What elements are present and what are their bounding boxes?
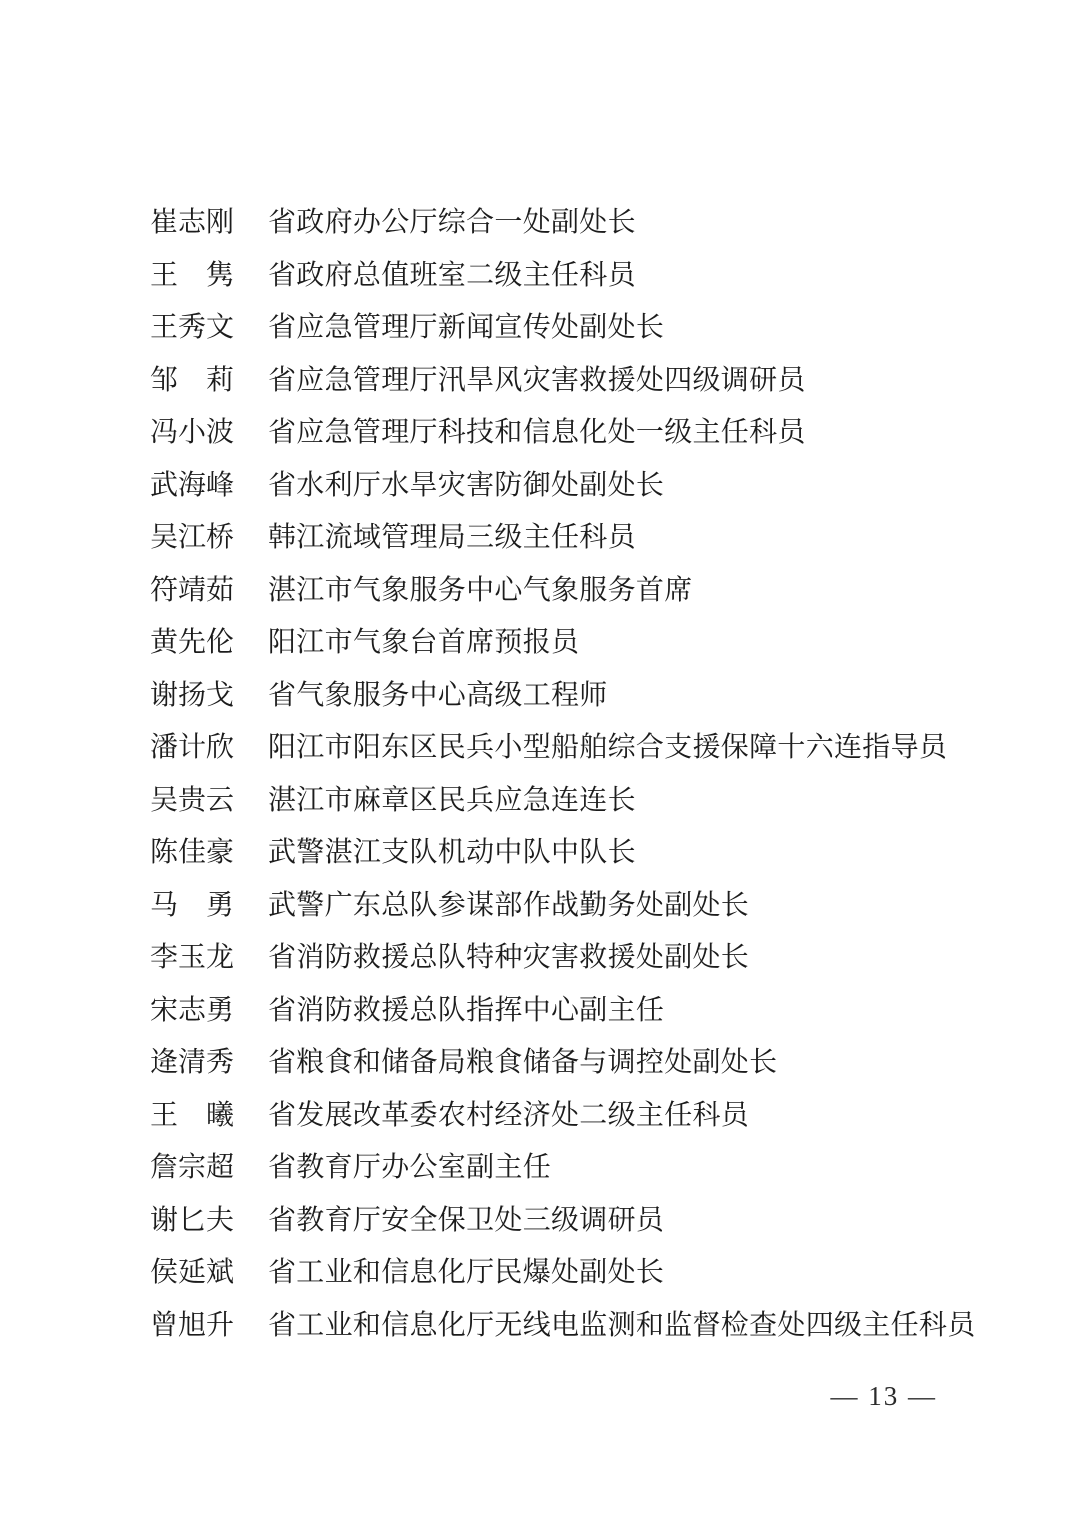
awardee-name: 谢匕夫 bbox=[150, 1198, 234, 1238]
awardee-title: 湛江市气象服务中心气象服务首席 bbox=[268, 568, 693, 608]
list-row: 王 隽 省政府总值班室二级主任科员 bbox=[150, 247, 950, 300]
awardee-name: 冯小波 bbox=[150, 410, 234, 450]
awardee-name: 陈佳豪 bbox=[150, 830, 234, 870]
awardee-title: 省应急管理厅汛旱风灾害救援处四级调研员 bbox=[268, 358, 806, 398]
awardee-name: 李玉龙 bbox=[150, 935, 234, 975]
awardee-name: 逄清秀 bbox=[150, 1040, 234, 1080]
awardee-title: 武警广东总队参谋部作战勤务处副处长 bbox=[268, 883, 749, 923]
awardee-title: 湛江市麻章区民兵应急连连长 bbox=[268, 778, 636, 818]
awardee-title: 阳江市阳东区民兵小型船舶综合支援保障十六连指导员 bbox=[268, 725, 947, 765]
awardee-title: 省消防救援总队指挥中心副主任 bbox=[268, 988, 664, 1028]
awardee-title: 省教育厅办公室副主任 bbox=[268, 1145, 551, 1185]
awardee-title: 韩江流域管理局三级主任科员 bbox=[268, 515, 636, 555]
awardee-title: 省应急管理厅新闻宣传处副处长 bbox=[268, 305, 664, 345]
list-row: 逄清秀 省粮食和储备局粮食储备与调控处副处长 bbox=[150, 1034, 950, 1087]
list-row: 潘计欣 阳江市阳东区民兵小型船舶综合支援保障十六连指导员 bbox=[150, 719, 950, 772]
awardee-title: 省工业和信息化厅民爆处副处长 bbox=[268, 1250, 664, 1290]
awardee-title: 省政府总值班室二级主任科员 bbox=[268, 253, 636, 293]
awardee-title: 省气象服务中心高级工程师 bbox=[268, 673, 608, 713]
list-row: 冯小波 省应急管理厅科技和信息化处一级主任科员 bbox=[150, 404, 950, 457]
list-row: 宋志勇 省消防救援总队指挥中心副主任 bbox=[150, 982, 950, 1035]
list-row: 曾旭升 省工业和信息化厅无线电监测和监督检查处四级主任科员 bbox=[150, 1297, 950, 1350]
list-row: 王 曦 省发展改革委农村经济处二级主任科员 bbox=[150, 1087, 950, 1140]
awardee-name: 邹 莉 bbox=[150, 358, 234, 398]
awardee-title: 省应急管理厅科技和信息化处一级主任科员 bbox=[268, 410, 806, 450]
awardee-name: 詹宗超 bbox=[150, 1145, 234, 1185]
awardee-name: 曾旭升 bbox=[150, 1303, 234, 1343]
awardee-title: 省发展改革委农村经济处二级主任科员 bbox=[268, 1093, 749, 1133]
list-row: 王秀文 省应急管理厅新闻宣传处副处长 bbox=[150, 299, 950, 352]
list-row: 谢扬戈 省气象服务中心高级工程师 bbox=[150, 667, 950, 720]
awardee-title: 省政府办公厅综合一处副处长 bbox=[268, 200, 636, 240]
awardee-name: 吴贵云 bbox=[150, 778, 234, 818]
list-row: 侯延斌 省工业和信息化厅民爆处副处长 bbox=[150, 1244, 950, 1297]
awardee-name: 马 勇 bbox=[150, 883, 234, 923]
awardee-title: 武警湛江支队机动中队中队长 bbox=[268, 830, 636, 870]
awardee-name: 潘计欣 bbox=[150, 725, 234, 765]
document-page: 崔志刚 省政府办公厅综合一处副处长 王 隽 省政府总值班室二级主任科员 王秀文 … bbox=[0, 0, 1080, 1528]
awardee-name: 符靖茹 bbox=[150, 568, 234, 608]
awardee-name: 崔志刚 bbox=[150, 200, 234, 240]
list-row: 陈佳豪 武警湛江支队机动中队中队长 bbox=[150, 824, 950, 877]
list-row: 黄先伦 阳江市气象台首席预报员 bbox=[150, 614, 950, 667]
list-row: 马 勇 武警广东总队参谋部作战勤务处副处长 bbox=[150, 877, 950, 930]
awardee-name: 吴江桥 bbox=[150, 515, 234, 555]
awardee-name: 王秀文 bbox=[150, 305, 234, 345]
awardee-name: 谢扬戈 bbox=[150, 673, 234, 713]
awardee-name: 黄先伦 bbox=[150, 620, 234, 660]
awardee-title: 省消防救援总队特种灾害救援处副处长 bbox=[268, 935, 749, 975]
awardee-name: 宋志勇 bbox=[150, 988, 234, 1028]
list-row: 詹宗超 省教育厅办公室副主任 bbox=[150, 1139, 950, 1192]
awardee-title: 省水利厅水旱灾害防御处副处长 bbox=[268, 463, 664, 503]
list-row: 李玉龙 省消防救援总队特种灾害救援处副处长 bbox=[150, 929, 950, 982]
list-row: 崔志刚 省政府办公厅综合一处副处长 bbox=[150, 194, 950, 247]
awardee-title: 省工业和信息化厅无线电监测和监督检查处四级主任科员 bbox=[268, 1303, 976, 1343]
list-row: 武海峰 省水利厅水旱灾害防御处副处长 bbox=[150, 457, 950, 510]
awardee-title: 阳江市气象台首席预报员 bbox=[268, 620, 579, 660]
awardee-title: 省粮食和储备局粮食储备与调控处副处长 bbox=[268, 1040, 777, 1080]
awardee-title: 省教育厅安全保卫处三级调研员 bbox=[268, 1198, 664, 1238]
awardee-name: 王 曦 bbox=[150, 1093, 234, 1133]
awardee-name: 武海峰 bbox=[150, 463, 234, 503]
list-row: 邹 莉 省应急管理厅汛旱风灾害救援处四级调研员 bbox=[150, 352, 950, 405]
page-number: — 13 — bbox=[831, 1382, 938, 1410]
list-row: 谢匕夫 省教育厅安全保卫处三级调研员 bbox=[150, 1192, 950, 1245]
awardee-list: 崔志刚 省政府办公厅综合一处副处长 王 隽 省政府总值班室二级主任科员 王秀文 … bbox=[150, 194, 950, 1349]
list-row: 符靖茹 湛江市气象服务中心气象服务首席 bbox=[150, 562, 950, 615]
awardee-name: 侯延斌 bbox=[150, 1250, 234, 1290]
awardee-name: 王 隽 bbox=[150, 253, 234, 293]
list-row: 吴江桥 韩江流域管理局三级主任科员 bbox=[150, 509, 950, 562]
list-row: 吴贵云 湛江市麻章区民兵应急连连长 bbox=[150, 772, 950, 825]
